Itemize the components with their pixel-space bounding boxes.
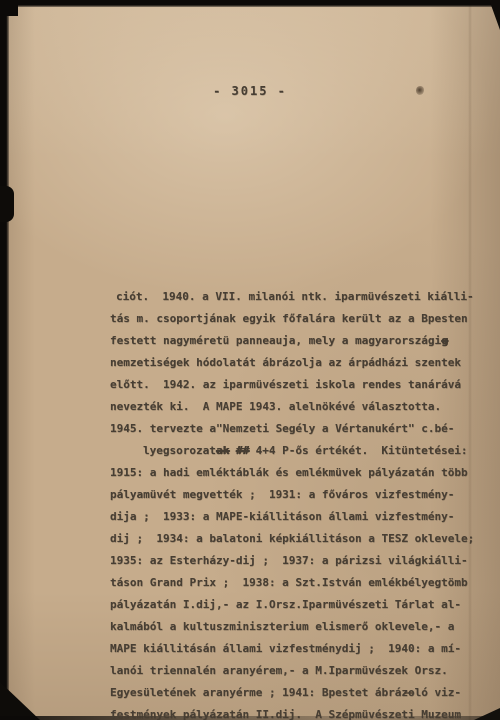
scan-corner-top-left <box>0 0 18 16</box>
text-line: lyegsorozatak ## 4+4 P-ős értékét. Kitün… <box>110 440 488 462</box>
text-line: festett nagyméretü panneauja, mely a mag… <box>110 330 488 352</box>
text-segment: festett nagyméretü panneauja, mely a mag… <box>110 334 441 347</box>
text-segment: lyegsorozat <box>143 444 216 457</box>
text-line: nemzetiségek hódolatát ábrázolja az árpá… <box>110 352 488 374</box>
text-line: festmények pályázatán II.dij. A Szépmüvé… <box>110 704 488 720</box>
text-segment: 4+4 P-ős értékét. Kitüntetései: <box>249 444 468 457</box>
scanned-document-page: - 3015 - ciót. 1940. a VII. milanói ntk.… <box>0 0 500 720</box>
text-line: nevezték ki. A MAPE 1943. alelnökévé vál… <box>110 396 488 418</box>
text-segment <box>229 444 236 457</box>
text-line: dij ; 1934: a balatoni képkiállitáson a … <box>110 528 488 550</box>
page-number: - 3015 - <box>0 84 500 98</box>
text-line: kalmából a kultuszminiszterium elismerő … <box>110 616 488 638</box>
text-line: táson Grand Prix ; 1938: a Szt.István em… <box>110 572 488 594</box>
text-line: 1935: az Esterházy-dij ; 1937: a párizsi… <box>110 550 488 572</box>
text-line: Egyesületének aranyérme ; 1941: Bpestet … <box>110 682 488 704</box>
text-line: lanói triennalén aranyérem,- a M.Iparmüv… <box>110 660 488 682</box>
body-text: ciót. 1940. a VII. milanói ntk. iparmüvé… <box>110 286 488 720</box>
text-line: ciót. 1940. a VII. milanói ntk. iparmüvé… <box>110 286 488 308</box>
struck-text-segment: ## <box>236 444 249 457</box>
struck-text-segment: g <box>441 334 448 347</box>
text-line: előtt. 1942. az iparmüvészeti iskola ren… <box>110 374 488 396</box>
scan-edge-left-notch <box>0 186 14 222</box>
text-line: tás m. csoportjának egyik főfalára kerül… <box>110 308 488 330</box>
text-line: 1945. tervezte a"Nemzeti Segély a Vértan… <box>110 418 488 440</box>
struck-text-segment: ak <box>216 444 229 457</box>
text-line: MAPE kiállitásán állami vizfestménydij ;… <box>110 638 488 660</box>
text-line: 1915: a hadi emléktáblák és emlékmüvek p… <box>110 462 488 484</box>
text-line: dija ; 1933: a MAPE-kiállitáson állami v… <box>110 506 488 528</box>
text-line: pályázatán I.dij,- az I.Orsz.Iparmüvésze… <box>110 594 488 616</box>
scan-edge-left <box>0 0 9 720</box>
text-line: pályamüvét megvették ; 1931: a főváros v… <box>110 484 488 506</box>
scan-edge-top <box>0 0 500 7</box>
